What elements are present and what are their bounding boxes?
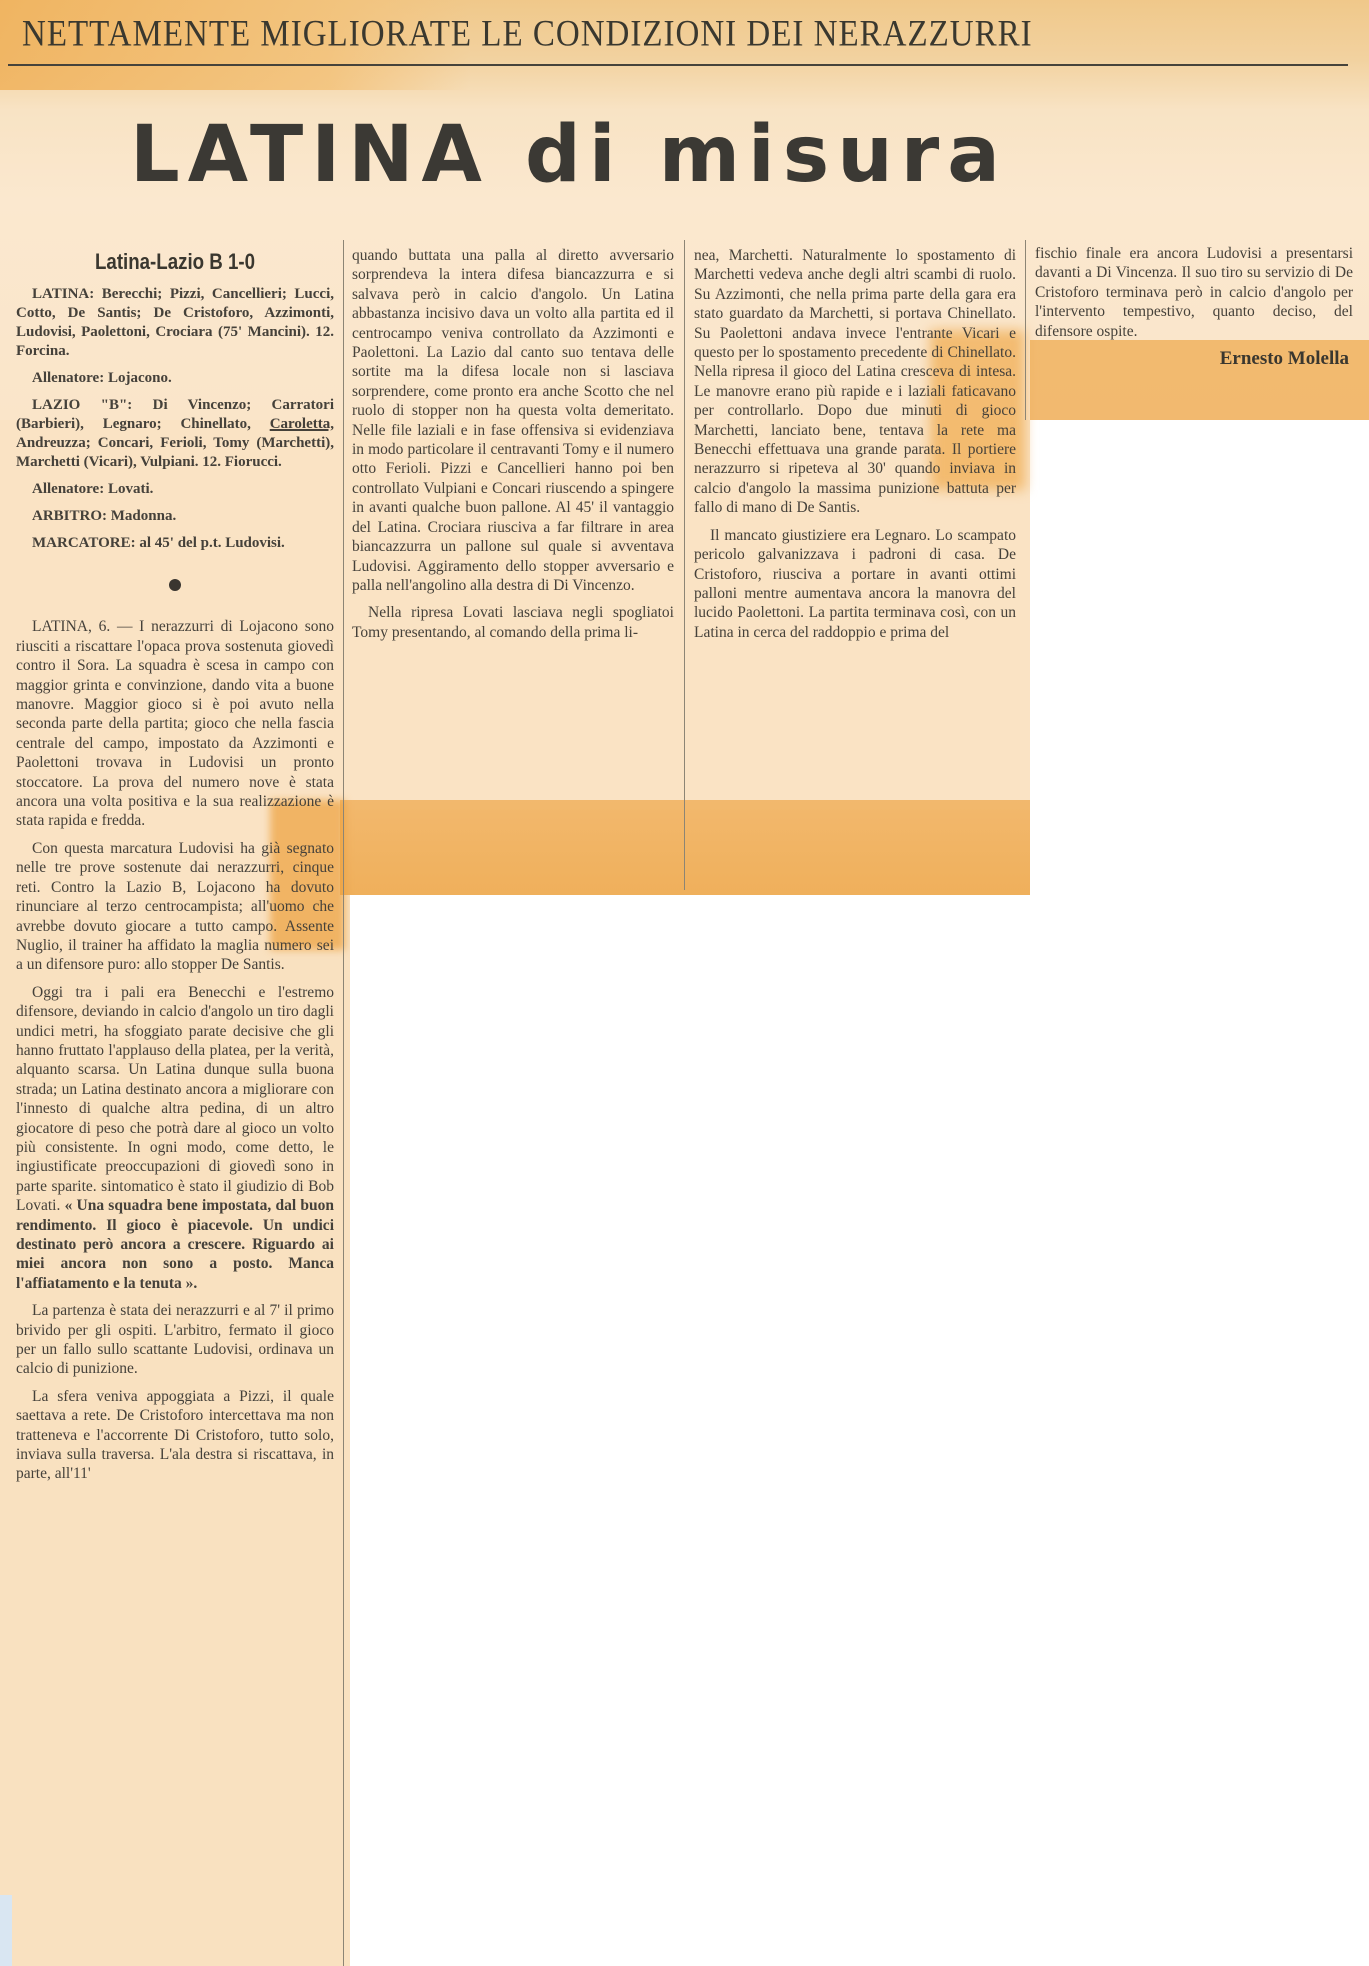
article-kicker: NETTAMENTE MIGLIORATE LE CONDIZIONI DEI …	[22, 14, 1352, 55]
scorer-label: MARCATORE:	[32, 535, 136, 551]
article-headline: LATINA di misura	[130, 110, 1008, 200]
lazio-label: LAZIO "B":	[32, 397, 132, 413]
latina-lineup: LATINA: Berecchi; Pizzi, Cancellieri; Lu…	[16, 285, 334, 361]
lazio-coach: Allenatore: Lovati.	[16, 480, 334, 499]
article-byline: Ernesto Molella	[1035, 349, 1353, 368]
latina-coach: Allenatore: Lojacono.	[16, 369, 334, 388]
lazio-player-underlined: Caroletta,	[270, 416, 334, 432]
scan-edge	[0, 1895, 12, 1966]
article-column-1: Latina-Lazio B 1-0 LATINA: Berecchi; Piz…	[16, 240, 334, 1492]
kicker-rule	[8, 64, 1348, 66]
coach-quote: « Una squadra bene impostata, dal buon r…	[16, 1197, 334, 1292]
blank-background	[350, 895, 1369, 1966]
coach-name: Lovati.	[108, 481, 153, 497]
paragraph: nea, Marchetti. Naturalmente lo spostame…	[694, 246, 1016, 518]
paragraph: Il mancato giustiziere era Legnaro. Lo s…	[694, 526, 1016, 642]
lazio-players-b: Andreuzza; Concari, Ferioli, Tomy (March…	[16, 435, 334, 470]
coach-label: Allenatore:	[32, 481, 104, 497]
column-divider	[343, 240, 344, 1966]
paragraph: LATINA, 6. — I nerazzurri di Lojacono so…	[16, 617, 334, 830]
coach-label: Allenatore:	[32, 370, 104, 386]
paragraph: La partenza è stata dei nerazzurri e al …	[16, 1301, 334, 1379]
scorer: MARCATORE: al 45' del p.t. Ludovisi.	[16, 534, 334, 553]
article-column-2: quando buttata una palla al diretto avve…	[352, 246, 674, 650]
paper-stain	[340, 800, 1030, 895]
paragraph: quando buttata una palla al diretto avve…	[352, 246, 674, 595]
column-divider	[1025, 240, 1026, 420]
paragraph: Oggi tra i pali era Benecchi e l'estremo…	[16, 983, 334, 1294]
referee: ARBITRO: Madonna.	[16, 507, 334, 526]
paragraph: Con questa marcatura Ludovisi ha già seg…	[16, 839, 334, 975]
section-bullet	[169, 579, 181, 591]
lazio-lineup: LAZIO "B": Di Vincenzo; Carratori (Barbi…	[16, 396, 334, 472]
article-column-3: nea, Marchetti. Naturalmente lo spostame…	[694, 246, 1016, 650]
referee-label: ARBITRO:	[32, 508, 107, 524]
coach-name: Lojacono.	[108, 370, 172, 386]
article-column-4: fischio finale era ancora Ludovisi a pre…	[1035, 244, 1353, 368]
referee-name: Madonna.	[111, 508, 176, 524]
paragraph: Nella ripresa Lovati lasciava negli spog…	[352, 603, 674, 642]
scorer-name: al 45' del p.t. Ludovisi.	[139, 535, 284, 551]
paragraph: La sfera veniva appoggiata a Pizzi, il q…	[16, 1387, 334, 1484]
paragraph: fischio finale era ancora Ludovisi a pre…	[1035, 244, 1353, 341]
match-score-title: Latina-Lazio B 1-0	[40, 252, 310, 271]
blank-background	[1030, 420, 1369, 900]
paragraph-text: Oggi tra i pali era Benecchi e l'estremo…	[16, 984, 334, 1214]
latina-label: LATINA:	[32, 286, 94, 302]
column-divider	[684, 240, 685, 890]
